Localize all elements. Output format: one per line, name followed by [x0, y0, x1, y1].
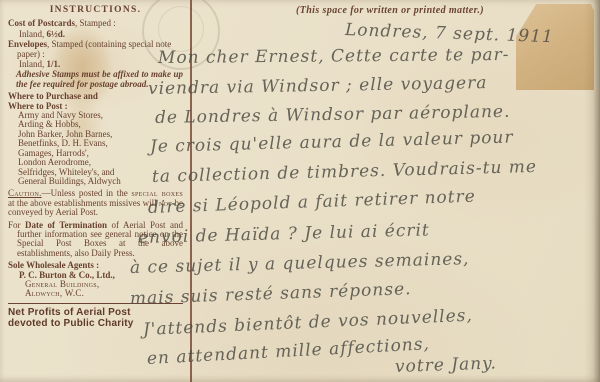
cost-inland-label: Inland, — [19, 29, 47, 39]
message-line: ta collection de timbres. Voudrais-tu me — [152, 157, 537, 187]
footer-line1: Net Profits of Aerial Post — [8, 307, 183, 319]
postcard: INSTRUCTIONS. Cost of Postcards, Stamped… — [0, 0, 600, 382]
message-date: Londres, 7 sept. 1911 — [345, 20, 554, 47]
tape-residue — [516, 4, 594, 90]
cost-lead: Cost of Postcards — [8, 18, 75, 28]
envelopes-paragraph: Envelopes, Stamped (containing special n… — [8, 40, 183, 59]
cost-paragraph: Cost of Postcards, Stamped : — [8, 19, 183, 28]
cost-rest: , Stamped : — [75, 18, 116, 28]
message-line: Je crois qu'elle aura de la valeur pour — [150, 127, 514, 157]
header-note: (This space for written or printed matte… — [200, 5, 580, 16]
instructions-title: INSTRUCTIONS. — [8, 6, 183, 15]
message-signature: votre Jany. — [395, 353, 498, 377]
cost-inland-line: Inland, 6½d. — [19, 30, 183, 39]
message-line: dire si Léopold a fait retirer notre — [148, 187, 476, 218]
envelopes-inland-price: 1/1. — [47, 59, 61, 69]
message-line: de Londres à Windsor par aéroplane. — [155, 102, 511, 128]
cost-inland-price: 6½d. — [47, 29, 66, 39]
card-edge-shadow — [584, 0, 600, 382]
envelopes-inland-label: Inland, — [19, 59, 47, 69]
message-line: viendra via Windsor ; elle voyagera — [148, 73, 488, 99]
message-line: Mon cher Ernest, Cette carte te par- — [158, 45, 510, 68]
